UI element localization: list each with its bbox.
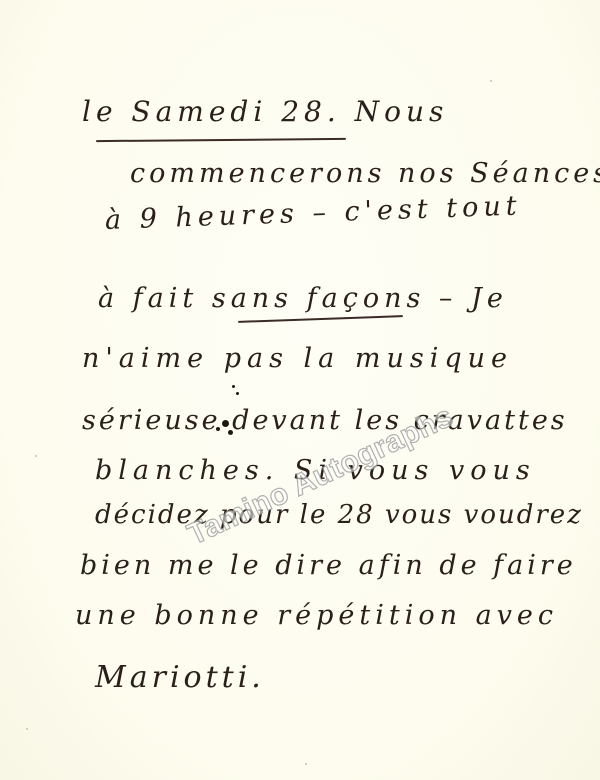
letter-line-3: à 9 heures – c'est tout	[104, 190, 522, 236]
letter-page: le Samedi 28. Nous commencerons nos Séan…	[0, 0, 600, 780]
ink-blot	[228, 430, 233, 435]
paper-speck	[490, 80, 492, 82]
letter-line-6: sérieuse devant les cravattes	[82, 405, 568, 436]
paper-speck	[305, 763, 307, 765]
letter-line-4: à fait sans façons – Je	[98, 283, 508, 314]
letter-signature-line: Mariotti.	[95, 660, 265, 695]
letter-line-1: le Samedi 28. Nous	[82, 95, 448, 128]
letter-line-5: n'aime pas la musique	[82, 343, 513, 374]
letter-line-2: commencerons nos Séances	[130, 158, 600, 189]
ink-blot	[232, 385, 235, 388]
paper-speck	[35, 455, 37, 457]
underline-sans-facons	[238, 315, 403, 323]
letter-line-9: bien me le dire afin de faire	[80, 550, 577, 581]
paper-speck	[26, 728, 28, 730]
letter-line-8: décidez pour le 28 vous voudrez	[95, 500, 583, 530]
ink-blot	[236, 392, 239, 395]
ink-blot	[216, 427, 220, 431]
letter-line-10: une bonne répétition avec	[75, 600, 558, 631]
ink-blot	[222, 420, 229, 427]
underline-le-samedi	[96, 138, 346, 142]
